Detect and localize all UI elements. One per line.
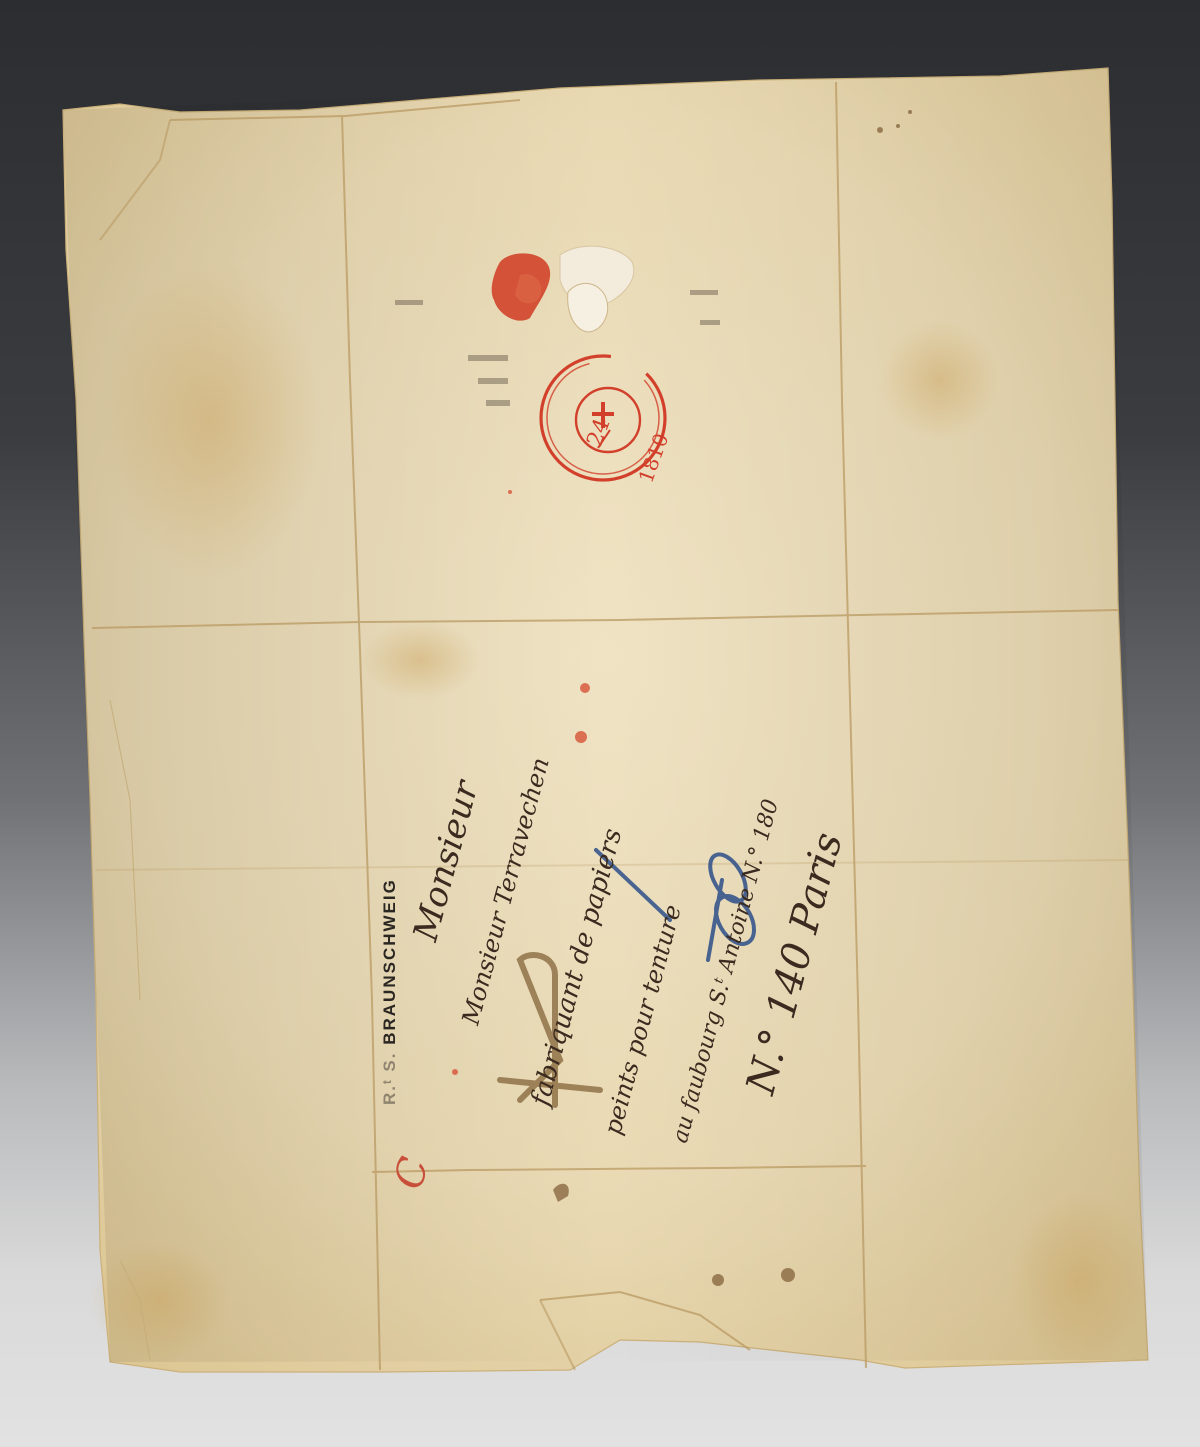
departure-stamp: R.ᵗ S. BRAUNSCHWEIG bbox=[380, 878, 400, 1105]
paper-sheet bbox=[0, 0, 1200, 1447]
departure-stamp-city: BRAUNSCHWEIG bbox=[380, 878, 399, 1045]
departure-stamp-prefix: R.ᵗ S. bbox=[380, 1052, 399, 1105]
folded-letter: R.ᵗ S. BRAUNSCHWEIG 24 1810 Monsieur Mon… bbox=[0, 0, 1200, 1447]
letter-photograph: R.ᵗ S. BRAUNSCHWEIG 24 1810 Monsieur Mon… bbox=[0, 0, 1200, 1447]
